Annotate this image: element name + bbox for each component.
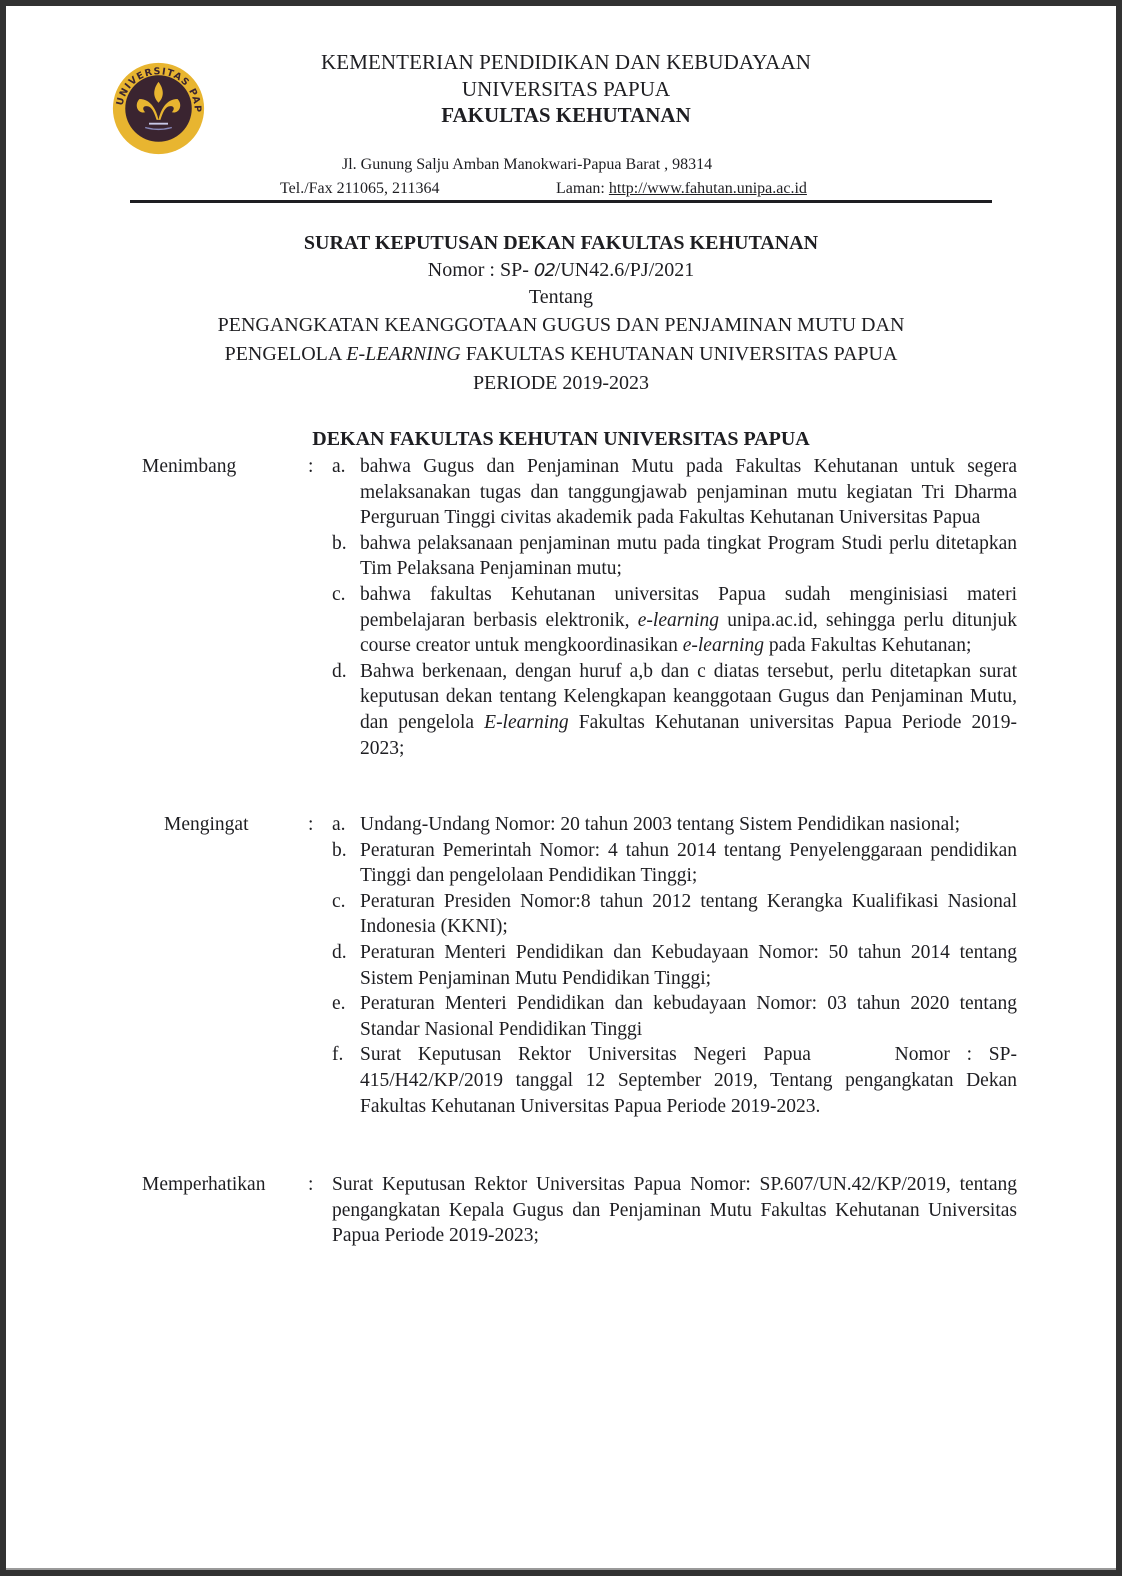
mengingat-list: a. Undang-Undang Nomor: 20 tahun 2003 te… (332, 812, 1017, 1119)
faculty-name: FAKULTAS KEHUTANAN (206, 103, 926, 128)
decree-number-suffix: /UN42.6/PJ/2021 (555, 259, 694, 281)
item-text: Peraturan Pemerintah Nomor: 4 tahun 2014… (360, 840, 1017, 887)
website: Laman: http://www.fahutan.unipa.ac.id (556, 180, 807, 198)
list-item: b. Peraturan Pemerintah Nomor: 4 tahun 2… (332, 838, 1017, 889)
list-item: f. Surat Keputusan Rektor Universitas Ne… (332, 1042, 1017, 1119)
section-label: Memperhatikan (142, 1172, 265, 1198)
item-text: Peraturan Menteri Pendidikan dan Kebuday… (360, 942, 1017, 989)
section-colon: : (308, 812, 313, 838)
subject-text: FAKULTAS KEHUTANAN UNIVERSITAS PAPUA (461, 343, 898, 365)
decree-title: SURAT KEPUTUSAN DEKAN FAKULTAS KEHUTANAN (126, 232, 996, 255)
item-text: Peraturan Menteri Pendidikan dan kebuday… (360, 993, 1017, 1040)
document-page: UNIVERSITAS PAPUA KEMENTERIAN PENDIDIKAN… (6, 6, 1116, 1570)
decree-number-prefix: Nomor : SP- (428, 259, 534, 281)
decree-subject-line-1: PENGANGKATAN KEANGGOTAAN GUGUS DAN PENJA… (126, 314, 996, 337)
item-text-italic: e-learning (683, 635, 764, 656)
item-marker: d. (332, 659, 347, 685)
section-label: Mengingat (164, 812, 248, 838)
list-item: e. Peraturan Menteri Pendidikan dan kebu… (332, 991, 1017, 1042)
decree-number: Nomor : SP- 02/UN42.6/PJ/2021 (126, 259, 996, 282)
item-text-italic: E-learning (484, 712, 568, 733)
memperhatikan-text: Surat Keputusan Rektor Universitas Papua… (332, 1172, 1017, 1249)
item-text: bahwa Gugus dan Penjaminan Mutu pada Fak… (360, 456, 1017, 528)
item-marker: c. (332, 582, 346, 608)
list-item: c. Peraturan Presiden Nomor:8 tahun 2012… (332, 889, 1017, 940)
item-text-italic: e-learning (638, 610, 719, 631)
list-item: a. Undang-Undang Nomor: 20 tahun 2003 te… (332, 812, 1017, 838)
subject-text: PENGELOLA (225, 343, 347, 365)
ministry-name: KEMENTERIAN PENDIDIKAN DAN KEBUDAYAAN (206, 50, 926, 75)
list-item: a. bahwa Gugus dan Penjaminan Mutu pada … (332, 454, 1017, 531)
section-colon: : (308, 454, 313, 480)
item-text: Surat Keputusan Rektor Universitas Neger… (360, 1044, 1017, 1116)
university-name: UNIVERSITAS PAPUA (206, 77, 926, 102)
item-marker: a. (332, 454, 346, 480)
item-marker: f. (332, 1042, 343, 1068)
menimbang-list: a. bahwa Gugus dan Penjaminan Mutu pada … (332, 454, 1017, 761)
item-marker: a. (332, 812, 346, 838)
dean-heading: DEKAN FAKULTAS KEHUTAN UNIVERSITAS PAPUA (126, 428, 996, 451)
website-label: Laman: (556, 180, 605, 197)
decree-tentang: Tentang (126, 286, 996, 309)
item-text: Peraturan Presiden Nomor:8 tahun 2012 te… (360, 891, 1017, 938)
item-marker: e. (332, 991, 346, 1017)
tel-fax: Tel./Fax 211065, 211364 (280, 180, 439, 198)
decree-number-handwritten: 02 (534, 260, 555, 281)
section-label: Menimbang (142, 454, 236, 480)
list-item: b. bahwa pelaksanaan penjaminan mutu pad… (332, 531, 1017, 582)
list-item: d. Bahwa berkenaan, dengan huruf a,b dan… (332, 659, 1017, 761)
item-text: bahwa pelaksanaan penjaminan mutu pada t… (360, 533, 1017, 580)
decree-subject-line-2: PENGELOLA E-LEARNING FAKULTAS KEHUTANAN … (126, 343, 996, 366)
website-link[interactable]: http://www.fahutan.unipa.ac.id (609, 180, 807, 197)
letterhead-divider (130, 200, 992, 203)
list-item: d. Peraturan Menteri Pendidikan dan Kebu… (332, 940, 1017, 991)
item-text: pada Fakultas Kehutanan; (764, 635, 971, 656)
subject-elearning: E-LEARNING (346, 343, 460, 365)
item-marker: b. (332, 531, 347, 557)
university-emblem-icon: UNIVERSITAS PAPUA (111, 61, 206, 156)
decree-subject-line-3: PERIODE 2019-2023 (126, 372, 996, 395)
item-marker: d. (332, 940, 347, 966)
item-marker: b. (332, 838, 347, 864)
section-colon: : (308, 1172, 313, 1198)
address: Jl. Gunung Salju Amban Manokwari-Papua B… (342, 156, 712, 174)
item-marker: c. (332, 889, 346, 915)
item-text: Undang-Undang Nomor: 20 tahun 2003 tenta… (360, 814, 960, 835)
list-item: c. bahwa fakultas Kehutanan universitas … (332, 582, 1017, 659)
